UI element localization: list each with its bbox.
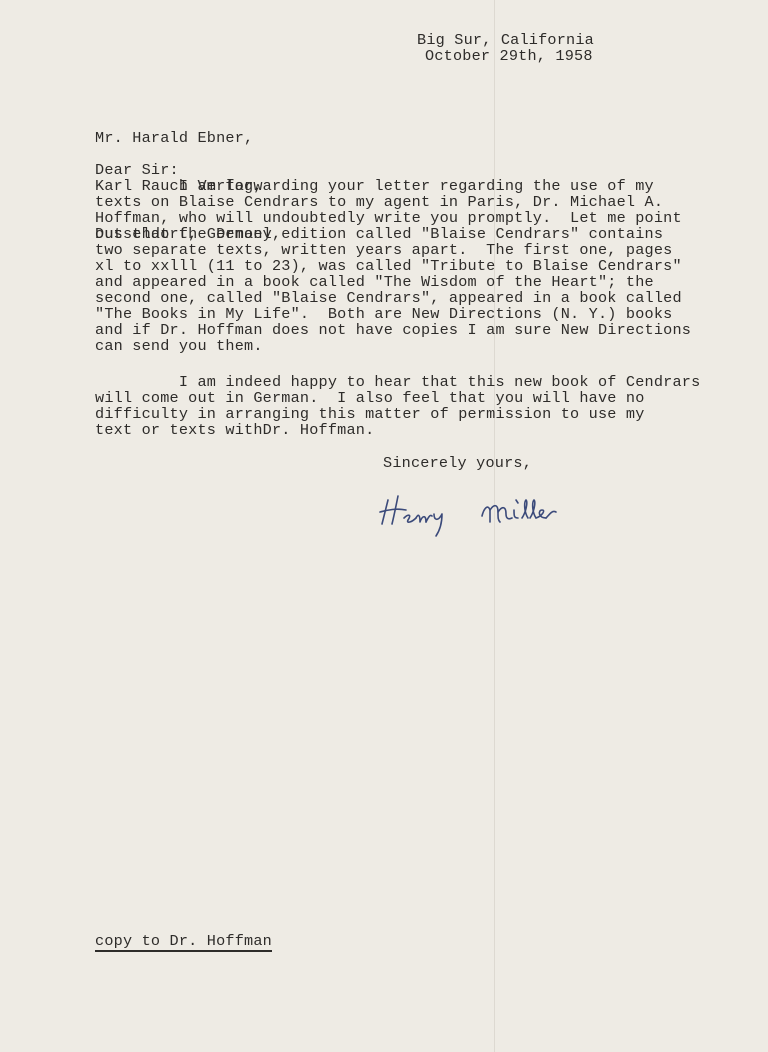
paragraph-line: can send you them. xyxy=(95,338,691,354)
paragraph-line: I am forwarding your letter regarding th… xyxy=(95,178,691,194)
handwritten-signature xyxy=(378,488,618,538)
body-paragraph-2: I am indeed happy to hear that this new … xyxy=(95,374,700,438)
paragraph-line: and appeared in a book called "The Wisdo… xyxy=(95,274,691,290)
signature-icon xyxy=(378,488,618,538)
paragraph-line: "The Books in My Life". Both are New Dir… xyxy=(95,306,691,322)
paragraph-line: Hoffman, who will undoubtedly write you … xyxy=(95,210,691,226)
copy-to-note: copy to Dr. Hoffman xyxy=(95,934,272,952)
letter-place: Big Sur, California xyxy=(417,32,594,48)
paragraph-line: difficulty in arranging this matter of p… xyxy=(95,406,700,422)
paragraph-line: second one, called "Blaise Cendrars", ap… xyxy=(95,290,691,306)
salutation: Dear Sir: xyxy=(95,162,179,178)
paragraph-line: will come out in German. I also feel tha… xyxy=(95,390,700,406)
paragraph-line: xl to xxlll (11 to 23), was called "Trib… xyxy=(95,258,691,274)
closing: Sincerely yours, xyxy=(383,455,532,471)
paragraph-line: I am indeed happy to hear that this new … xyxy=(95,374,700,390)
recipient-name: Mr. Harald Ebner, xyxy=(95,130,281,146)
paragraph-line: texts on Blaise Cendrars to my agent in … xyxy=(95,194,691,210)
letter-page: Big Sur, California October 29th, 1958 M… xyxy=(0,0,768,1052)
paragraph-line: two separate texts, written years apart.… xyxy=(95,242,691,258)
paragraph-line: out that the Denoel edition called "Blai… xyxy=(95,226,691,242)
paragraph-line: text or texts withDr. Hoffman. xyxy=(95,422,700,438)
letter-date: October 29th, 1958 xyxy=(425,48,593,64)
body-paragraph-1: I am forwarding your letter regarding th… xyxy=(95,178,691,354)
paragraph-line: and if Dr. Hoffman does not have copies … xyxy=(95,322,691,338)
